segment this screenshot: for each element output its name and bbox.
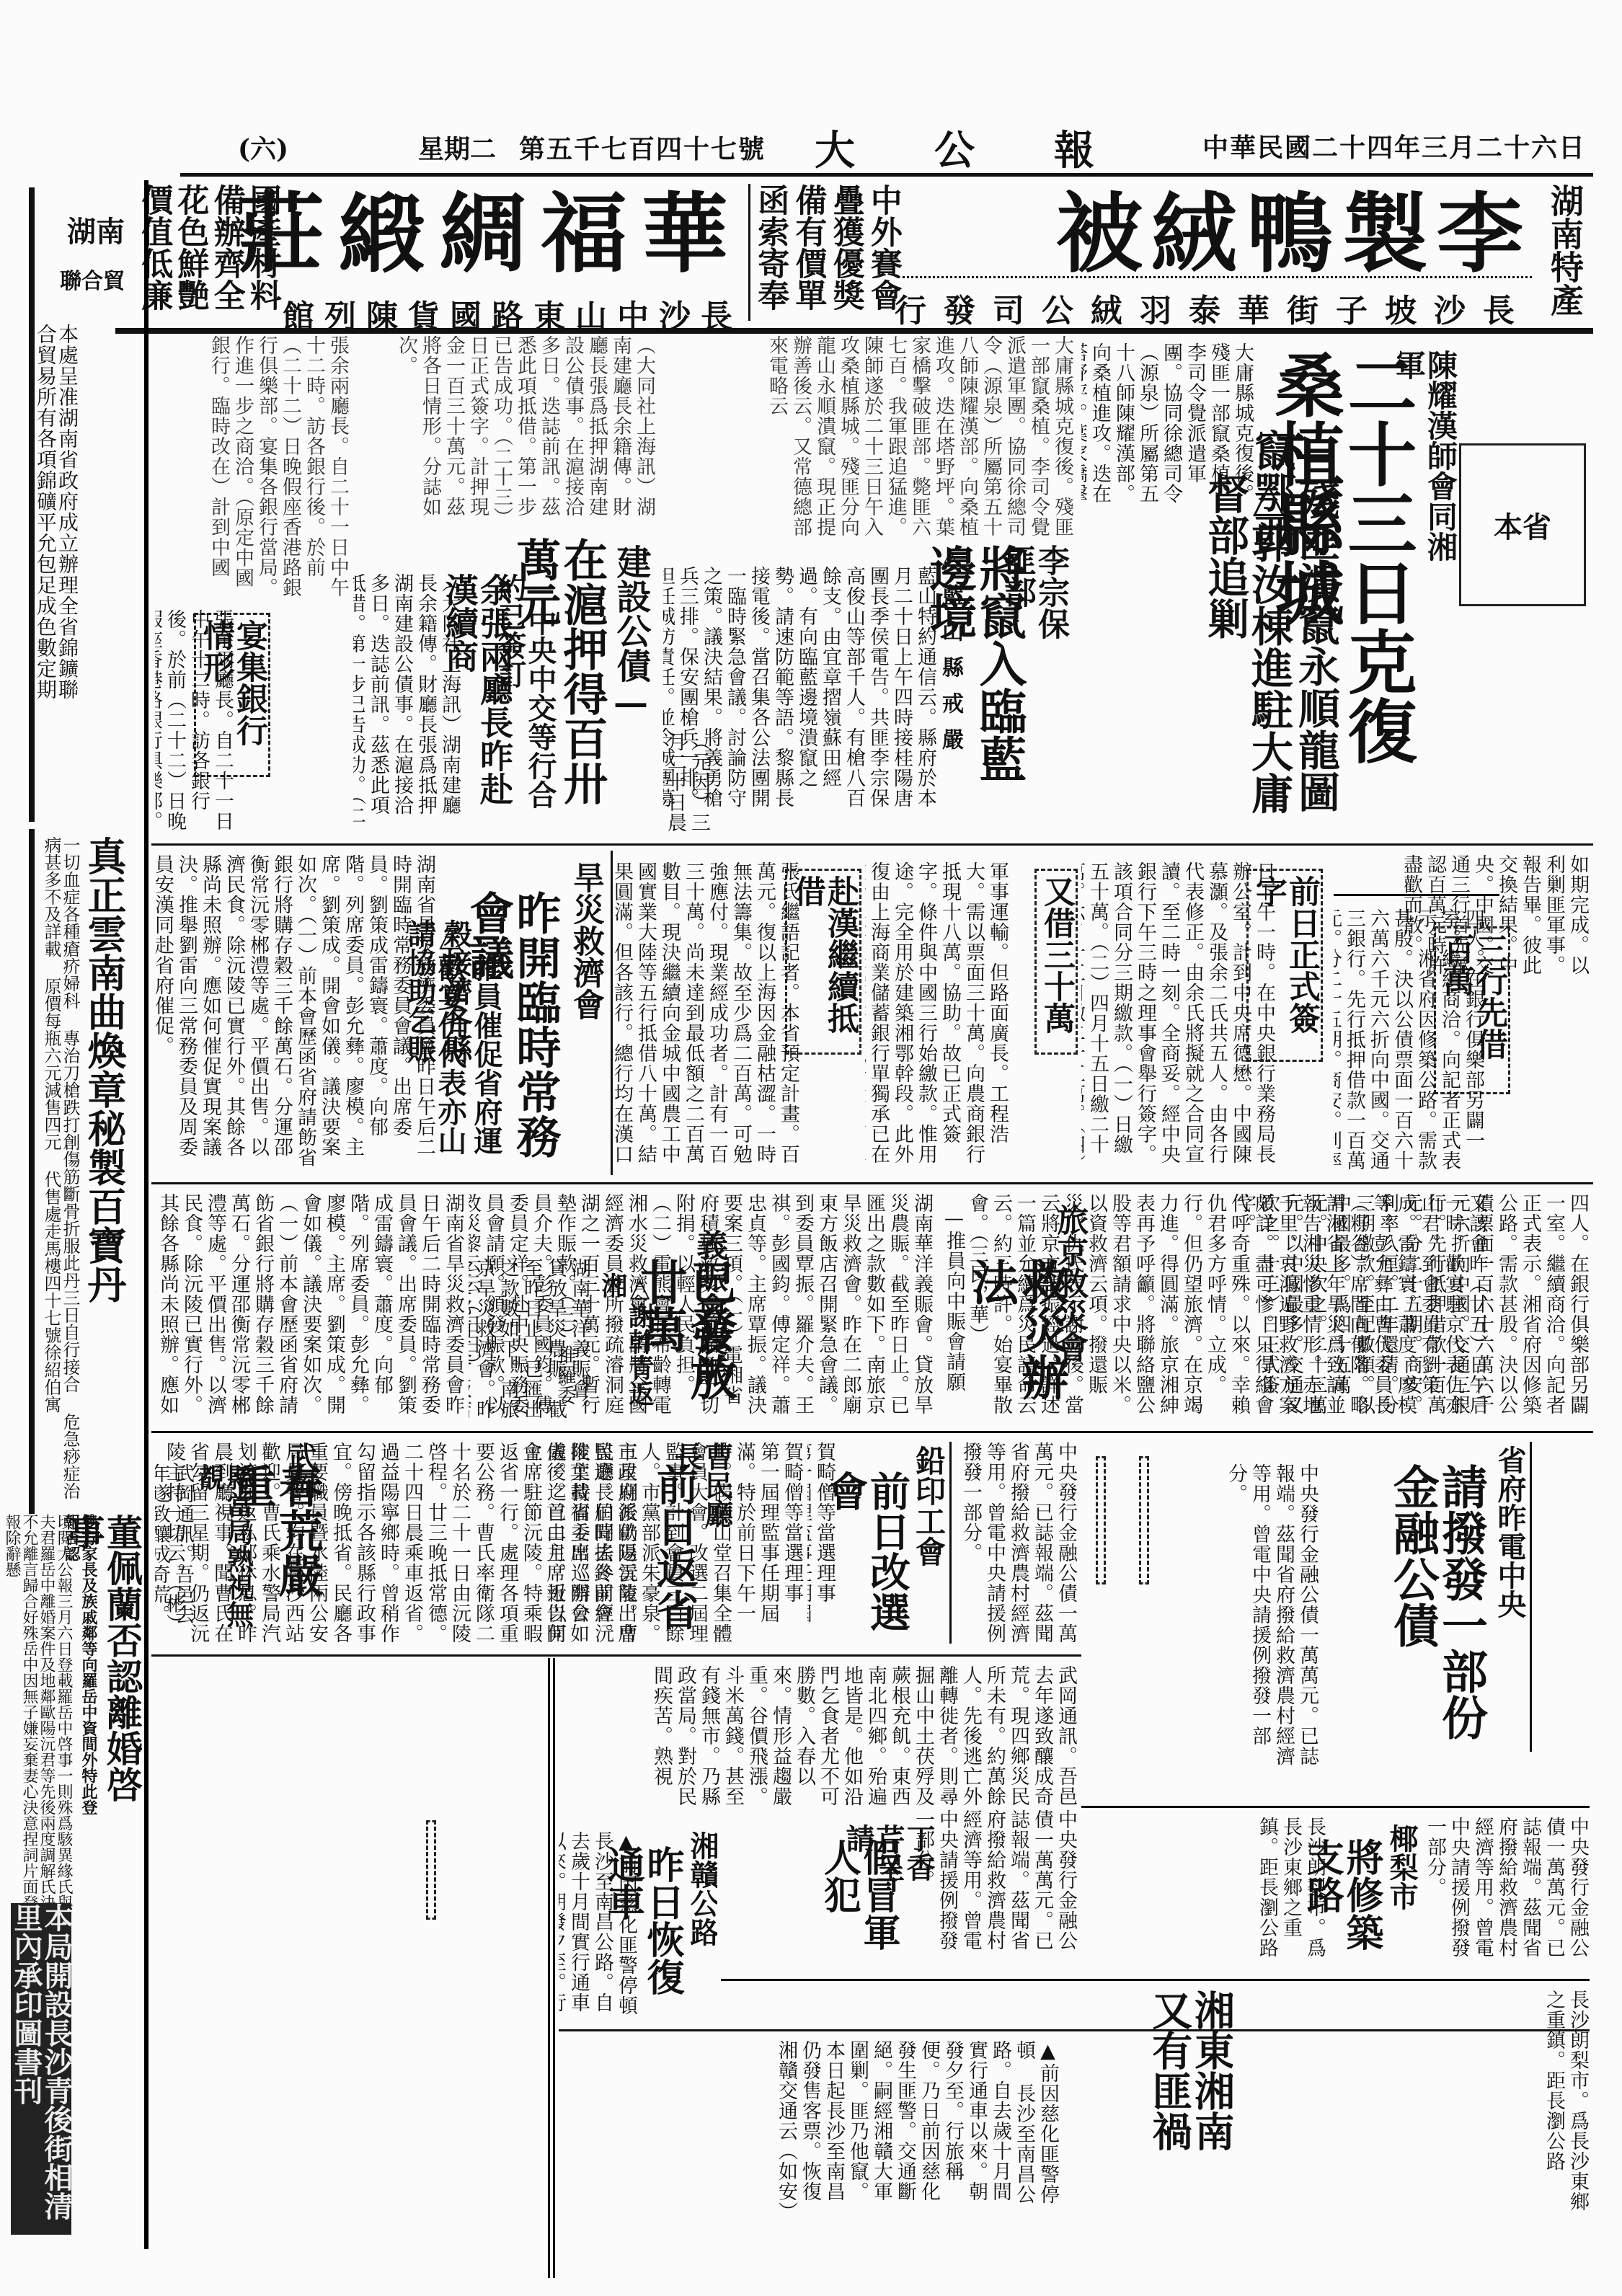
article-cao-return: 賀畸僧等當選理事 第一屆理監事任期屆滿。特於前日下午一時。假中山堂召集全體會員大… [155,1435,804,1651]
article-relief-bonds: 中央發行金融公債一萬萬元。已誌報端。茲聞省府撥給救濟農村經濟等用。曾電中央請援例… [807,1435,1078,1651]
article-body-continued: 中央發行金融公債一萬萬元。已誌報端。茲聞省府撥給救濟農村經濟等用。曾電中央請援例… [1424,1817,1590,1968]
article-headline: 請撥發一部份金融公債 [1388,1463,1485,1773]
article-body: 賀畸僧等當選理事 第一屆理監事任期屆滿。特於前日下午一時。假中山堂召集全體會員大… [807,1442,836,1644]
article-body: 又該會昨（廿五）日午后一時。歡宴駐京代表仇亦山君。到會委員有劉策成。雷鑄寰。蕭度… [1099,1193,1489,1417]
article-body-continued: （大同社上海訊）湖南建廳長余籍傳。財廳長張爲抵押湖南建設公債事。在滬接洽多日。迭… [353,335,656,530]
ad-body: 頃閱大公報三月六日登載羅岳中啓事一則殊爲駭異緣氏與夫君羅岳中離婚案件及地鄰歐陽沅… [3,1514,72,1918]
ad-body: 一切血症各種瘡疥婦科 專治刀槍跌打創傷筋斷骨折服此丹三日自行接合 危急痧症治病甚… [42,836,79,1507]
row-divider [1081,1806,1590,1808]
article-body: 湖南省旱災救濟委員會昨日午后二時開臨時常務委員會議。出席委員。劉策成雷鑄寰。蕭度… [155,854,436,1171]
article-bond: 建設公債— 在滬押得百卅萬元 —中央中交等行合約已簽訂 余張兩廳長昨赴漢續商 （… [353,335,656,840]
ad-note: 備辦齊全 [209,184,242,311]
article-three-banks: 如期完成。以利剿匪軍事。報告畢。彼此交換結果。中央。中國。交通三行首先承認百萬元… [1334,847,1590,1179]
ad-huafu-silk-shop: 華福綢緞莊 長沙中山東路國貨陳列館 國產材料 備辦齊全 花色鮮艷 價值低廉 [115,184,743,328]
article-headline: 救災辦法 [966,1258,1066,1424]
ad-body: 本處呈准湖南省政府成立辦理全省錦鑛聯合貿易所有各項錦礦平允包足成色數定期 [35,324,78,713]
ad-separator [748,184,750,321]
ad-notes: 國產材料 備辦齊全 花色鮮艷 價值低廉 [137,184,279,311]
row-divider [721,1979,1590,1981]
article-body-continued [559,2040,717,2213]
article-kicker: 湘贛公路 [687,1831,717,1946]
ad-note: 函索寄奉 [753,184,786,311]
ad-note: 價值低廉 [137,184,170,311]
divider [1530,1442,1532,1752]
ad-divider [898,276,1532,281]
ad-side-label: 湖南特產 [1548,184,1582,321]
article-body: 長沙朗梨市。爲長沙東鄉之重鎮。距長瀏公路 [1081,1817,1326,1968]
ad-note: 備有價單 [791,184,824,311]
article-body-continued: 賀畸僧等當選理事 第一屆理監事任期屆滿。特於前日下午一時。假中山堂召集全體會員大… [739,1442,804,1644]
ad-note: 花色鮮艷 [173,184,206,311]
column-divider [553,1658,555,2278]
article-fake-soldier: 湘東湘南又有匪禍 [1067,1982,1233,2220]
newspaper-title: 大公報 [815,119,1174,177]
article-relief-continued: 湖南省旱災救濟委員會昨日午后二時開臨時常務委員會議。出席委員。劉策成雷鑄寰。蕭度… [155,1186,465,1427]
article-body-continued: 大庸縣城克復後。殘匪一部竄桑植。李司令覺派遣軍團。協同徐總司令（源泉）所屬第五十… [663,335,1074,537]
article-bottom-mid-body: ▲前因慈化匪警停頓 長沙至南昌公路。自去歲十月間實行通車以來。朝發夕至。行旅稱便… [721,2033,1060,2220]
article-body: 日下午一時。在中央銀行業務局長辦公室。計到中央席德懋。中國陳慕灝。及張余二氏共五… [1081,861,1276,1171]
article-subhead: —推員向中賑會請願 [937,1207,966,1424]
article-funeral: 省府昨電中央 請撥發一部份金融公債 中央發行金融公債一萬萬元。已誌報端。茲聞省府… [1081,1435,1590,1802]
article-body: 中央發行金融公債一萬萬元。已誌報端。茲聞省府撥給救濟農村經濟等用。曾電中央請援例… [1175,1463,1319,1781]
article-banquet: 張余兩廳長。自二十一日中午十二時。訪各銀行後。於前（二十二）日晚假座香港路銀行俱… [155,335,350,840]
ads-bottom-rule [115,328,1593,334]
article-lanshan: 李宗保匪部 將竄入臨藍邊境 △藍山縣戒嚴 藍山特約通信云。縣府於本月二十日上午四… [663,335,1074,840]
article-body: 四人。在銀行俱樂部另闢一室。繼續商洽。向記者正式表示。湘省府因修築公路。需款甚殷… [1334,908,1485,1175]
section-label-discussion [1096,1456,1106,1584]
article-editorial [155,1820,544,2224]
column-divider [548,1658,550,2278]
ad-headline: 真正雲南曲煥章秘製百寶丹 [84,836,125,1507]
ad-note: 國產材料 [246,184,279,311]
ad-subtitle: 聯合貿 [35,263,125,295]
article-body: 藍山特約通信云。縣府於本月二十日上午四時接桂陽唐團長季侯電告。共匪李宗保高俊山等… [699,566,937,825]
newspaper-page: (六) 星期二 第五千七百四十七號 大公報 中華民國二十四年三月二十六日 湖南特… [0,0,1622,2296]
ad-note: 疊獲優獎 [828,184,861,311]
divider [1334,894,1499,896]
article-xianggan-road: 中央發行金融公債一萬萬元。已誌報端。茲聞省府撥給救濟農村經濟等用。曾電中央請援例… [1081,1809,1590,1975]
article-kicker: 旱災救濟會 [569,861,602,1049]
article-subhead: 縣當局熟視無覩 [195,1463,252,1636]
publication-date: 中華民國二十四年三月二十六日 [1202,128,1586,164]
ad-duck-down-quilts: 湖南特產 李製鴨絨被 長沙坡子街華泰羽絨公司發行 中外賽會 疊獲優獎 備有價單 … [746,184,1590,328]
article-body [155,1827,501,2217]
article-body-continued: 四人。在銀行俱樂部另闢一室。繼續商洽。向記者正式表示。湘省府因修築公路。需款甚殷… [1496,1193,1590,1417]
article-headline: 前日改選會 [823,1471,908,1651]
masthead-rule [180,173,1593,177]
ad-notes: 中外賽會 疊獲優獎 備有價單 函索寄奉 [753,184,900,311]
article-formal-sign: 前日正式簽字 日下午一時。在中央銀行業務局長辦公室。計到中央席德懋。中國陳慕灝。… [1081,847,1330,1179]
article-beijing-relief: 四人。在銀行俱樂部另闢一室。繼續商洽。向記者正式表示。湘省府因修築公路。需款甚殷… [937,1186,1590,1427]
article-body-2: 湖南華洋義賑會。貸放旱災農賑。截至昨日止。已匯出之款數如下。南旅京旱災救濟會。昨… [469,1258,591,1424]
article-sangzhi: 本省 陳耀漢師會同湘軍 二十三日克復桑植縣城 —殘匪潰竄永順龍圖竄鄂西 △郭汝棟… [1081,335,1586,840]
row-divider [151,1182,1593,1184]
article-body-continued: 中央發行金融公債一萬萬元。已誌報端。茲聞省府撥給救濟農村經濟等用。曾電中央請援例… [991,1809,1078,1968]
ad-print-shop: 本局開設長沙青後街相清里內承印圖書刊 [11,1903,71,2235]
article-body: 大庸縣城克復後。殘匪一部竄桑植。李司令覺派遣軍團。協同徐總司令（源泉）所屬第五十… [1081,342,1254,508]
article-subhead: △謝幹青返湘 [598,1272,653,1417]
section-badge: 本省 [1459,443,1586,606]
row-divider [151,1654,1081,1657]
article-body: 張氏繼語記者。本省預定計畫。百萬元。復以上海因金融枯澀。一時無法籌集。故至少爲二… [613,861,800,1171]
article-body: 張余兩廳長。自二十一日中午十二時。訪各銀行後。於前（二十二）日晚假座香港路銀行俱… [155,609,234,833]
article-wugang-body: 武岡通訊。吾邑去年遂致釀成奇荒。現四鄉災民所未有。約萬餘人。先後逃亡外離轉徙者。… [346,1658,1078,1817]
article-headline: 前日返省 [652,1463,696,1644]
article-bottom-left-body [559,2033,717,2220]
article-body: 湖南華洋義賑會。貸放旱災農賑。截至昨日止。已匯出之款數如下。南旅京旱災救濟會。昨… [710,1193,934,1417]
masthead: (六) 星期二 第五千七百四十七號 大公報 中華民國二十四年三月二十六日 [180,119,1586,169]
ad-note: 中外賽會 [867,184,900,311]
article-body-top [1539,1442,1590,1745]
article-body-continued: 中央發行金融公債一萬萬元。已誌報端。茲聞省府撥給救濟農村經濟等用。曾電中央請援例… [955,1442,1078,1644]
issue-number: 第五千七百四十七號 [519,129,766,166]
article-kicker: 建設公債— [613,544,649,724]
article-body: 軍事運輸。但路面廣長。工程浩大。需以票面三十萬。向農商銀行抵現十八萬。協助。故已… [865,861,1009,1171]
article-body-continued: 張余兩廳長。自二十一日中午十二時。訪各銀行後。於前（二十二）日晚假座香港路銀行俱… [155,335,350,602]
ad-brand-name: 李製鴨絨被 [1056,191,1532,278]
article-drought-meeting: 旱災救濟會 昨開臨時常務會議 —推員催促省府運穀接濟各縣 △歡宴仇代表亦山請協助… [155,847,609,1179]
article-dateline: △藍山縣戒嚴 [934,544,966,818]
article-body-continued: 長沙朗梨市。爲長沙東鄉之重鎮。距長瀏公路 [1240,1990,1590,2213]
article-bottom-right-body: 長沙朗梨市。爲長沙東鄉之重鎮。距長瀏公路 [1240,1982,1590,2220]
ad-hunan-trade: 湖南 聯合貿 本處呈准湖南省政府成立辦理全省錦鑛聯合貿易所有各項錦礦平允包足成色… [29,187,125,822]
left-column-rule [144,180,149,2249]
article-body [721,1817,779,1968]
article-subhead: △郭汝棟進駐大庸督部追剿 [1202,472,1290,833]
divider [949,1442,952,1644]
article-kicker: 椰梨市 [1386,1824,1417,1932]
section-box-title: 又借三十萬 [1034,869,1078,1055]
article-body: 三星期後仍返沅陵。曹民廳長伯聞去冬前經沅陵主持省委出巡辦公處。迄已二月。近以何主… [350,1442,638,1644]
article-branch-road: 中央發行金融公債一萬萬元。已誌報端。茲聞省府撥給救濟農村經濟等用。曾電中央請援例… [721,1809,1078,1975]
article-body: ▲前因慈化匪警停頓 長沙至南昌公路。自去歲十月間實行通車以來。朝發夕至。行旅稱便… [559,1831,638,2018]
article-headline: 假冒軍人犯 [819,1838,898,1975]
ad-medicine: 真正雲南曲煥章秘製百寶丹 一切血症各種瘡疥婦科 專治刀槍跌打創傷筋斷骨折服此丹三… [29,829,125,1514]
article-to-hankou: 赴漢繼續抵借 張氏繼語記者。本省預定計畫。百萬元。復以上海因金融枯澀。一時無法籌… [613,847,861,1179]
row-divider [151,843,1593,846]
article-signoff: （元因）三月二十日晨 [663,732,711,833]
article-body-continued: ▲前因慈化匪警停頓 長沙至南昌公路。自去歲十月間實行通車以來。朝發夕至。行旅稱便… [721,2040,1060,2213]
article-borrow-30: 又借三十萬 軍事運輸。但路面廣長。工程浩大。需以票面三十萬。向農商銀行抵現十八萬… [865,847,1078,1179]
article-kicker: 鉛印工會 [913,1445,944,1590]
ad-brand-name: 華福綢緞莊 [238,191,743,278]
article-printing-union: 湘贛公路 昨日恢復通車 ▲前因慈化匪警停頓 長沙至南昌公路。自去歲十月間實行通車… [559,1824,717,2026]
ad-address: 長沙坡子街華泰羽絨公司發行 [895,285,1532,331]
article-headline: 湘東湘南又有匪禍 [1148,1990,1233,2170]
article-relief-issued: 湖南華洋義賑會。貸放旱災農賑。截至昨日止。已匯出之款數如下。南旅京旱災救濟會。昨… [469,1186,934,1427]
ad-title: 湖南 [35,187,125,250]
article-body: （大同社上海訊）湖南建廳長余籍傳。財廳長張爲抵押湖南建設公債事。在滬接洽多日。迭… [353,573,461,833]
article-kicker: 省府昨電中央 [1494,1445,1525,1654]
article-body-continued: 湖南省旱災救濟委員會昨日午后二時開臨時常務委員會議。出席委員。劉策成雷鑄寰。蕭度… [155,1193,465,1417]
article-body: 武岡通訊。吾邑去年遂致釀成奇荒。現四鄉災民所未有。約萬餘人。先後逃亡外離轉徙者。… [346,1665,1078,1809]
section-label-report [1139,1456,1149,1584]
row-divider [151,1431,1593,1433]
ad-divorce-notice: 董佩蘭否認離婚啓事 雙方家長及族戚鄰等向羅岳中資間外特此登報否認 頃閱大公報三月… [11,1514,141,2235]
section-badge-label: 本省 [1494,505,1551,546]
column-divider [611,851,613,1175]
article-body: 武岡通訊。吾邑去年遂致釀成奇荒。現四鄉災民所未有。約萬餘人。先後逃亡外離轉徙者。… [155,1463,195,1644]
page-number: (六) [238,129,288,166]
weekday: 星期二 [418,129,496,166]
